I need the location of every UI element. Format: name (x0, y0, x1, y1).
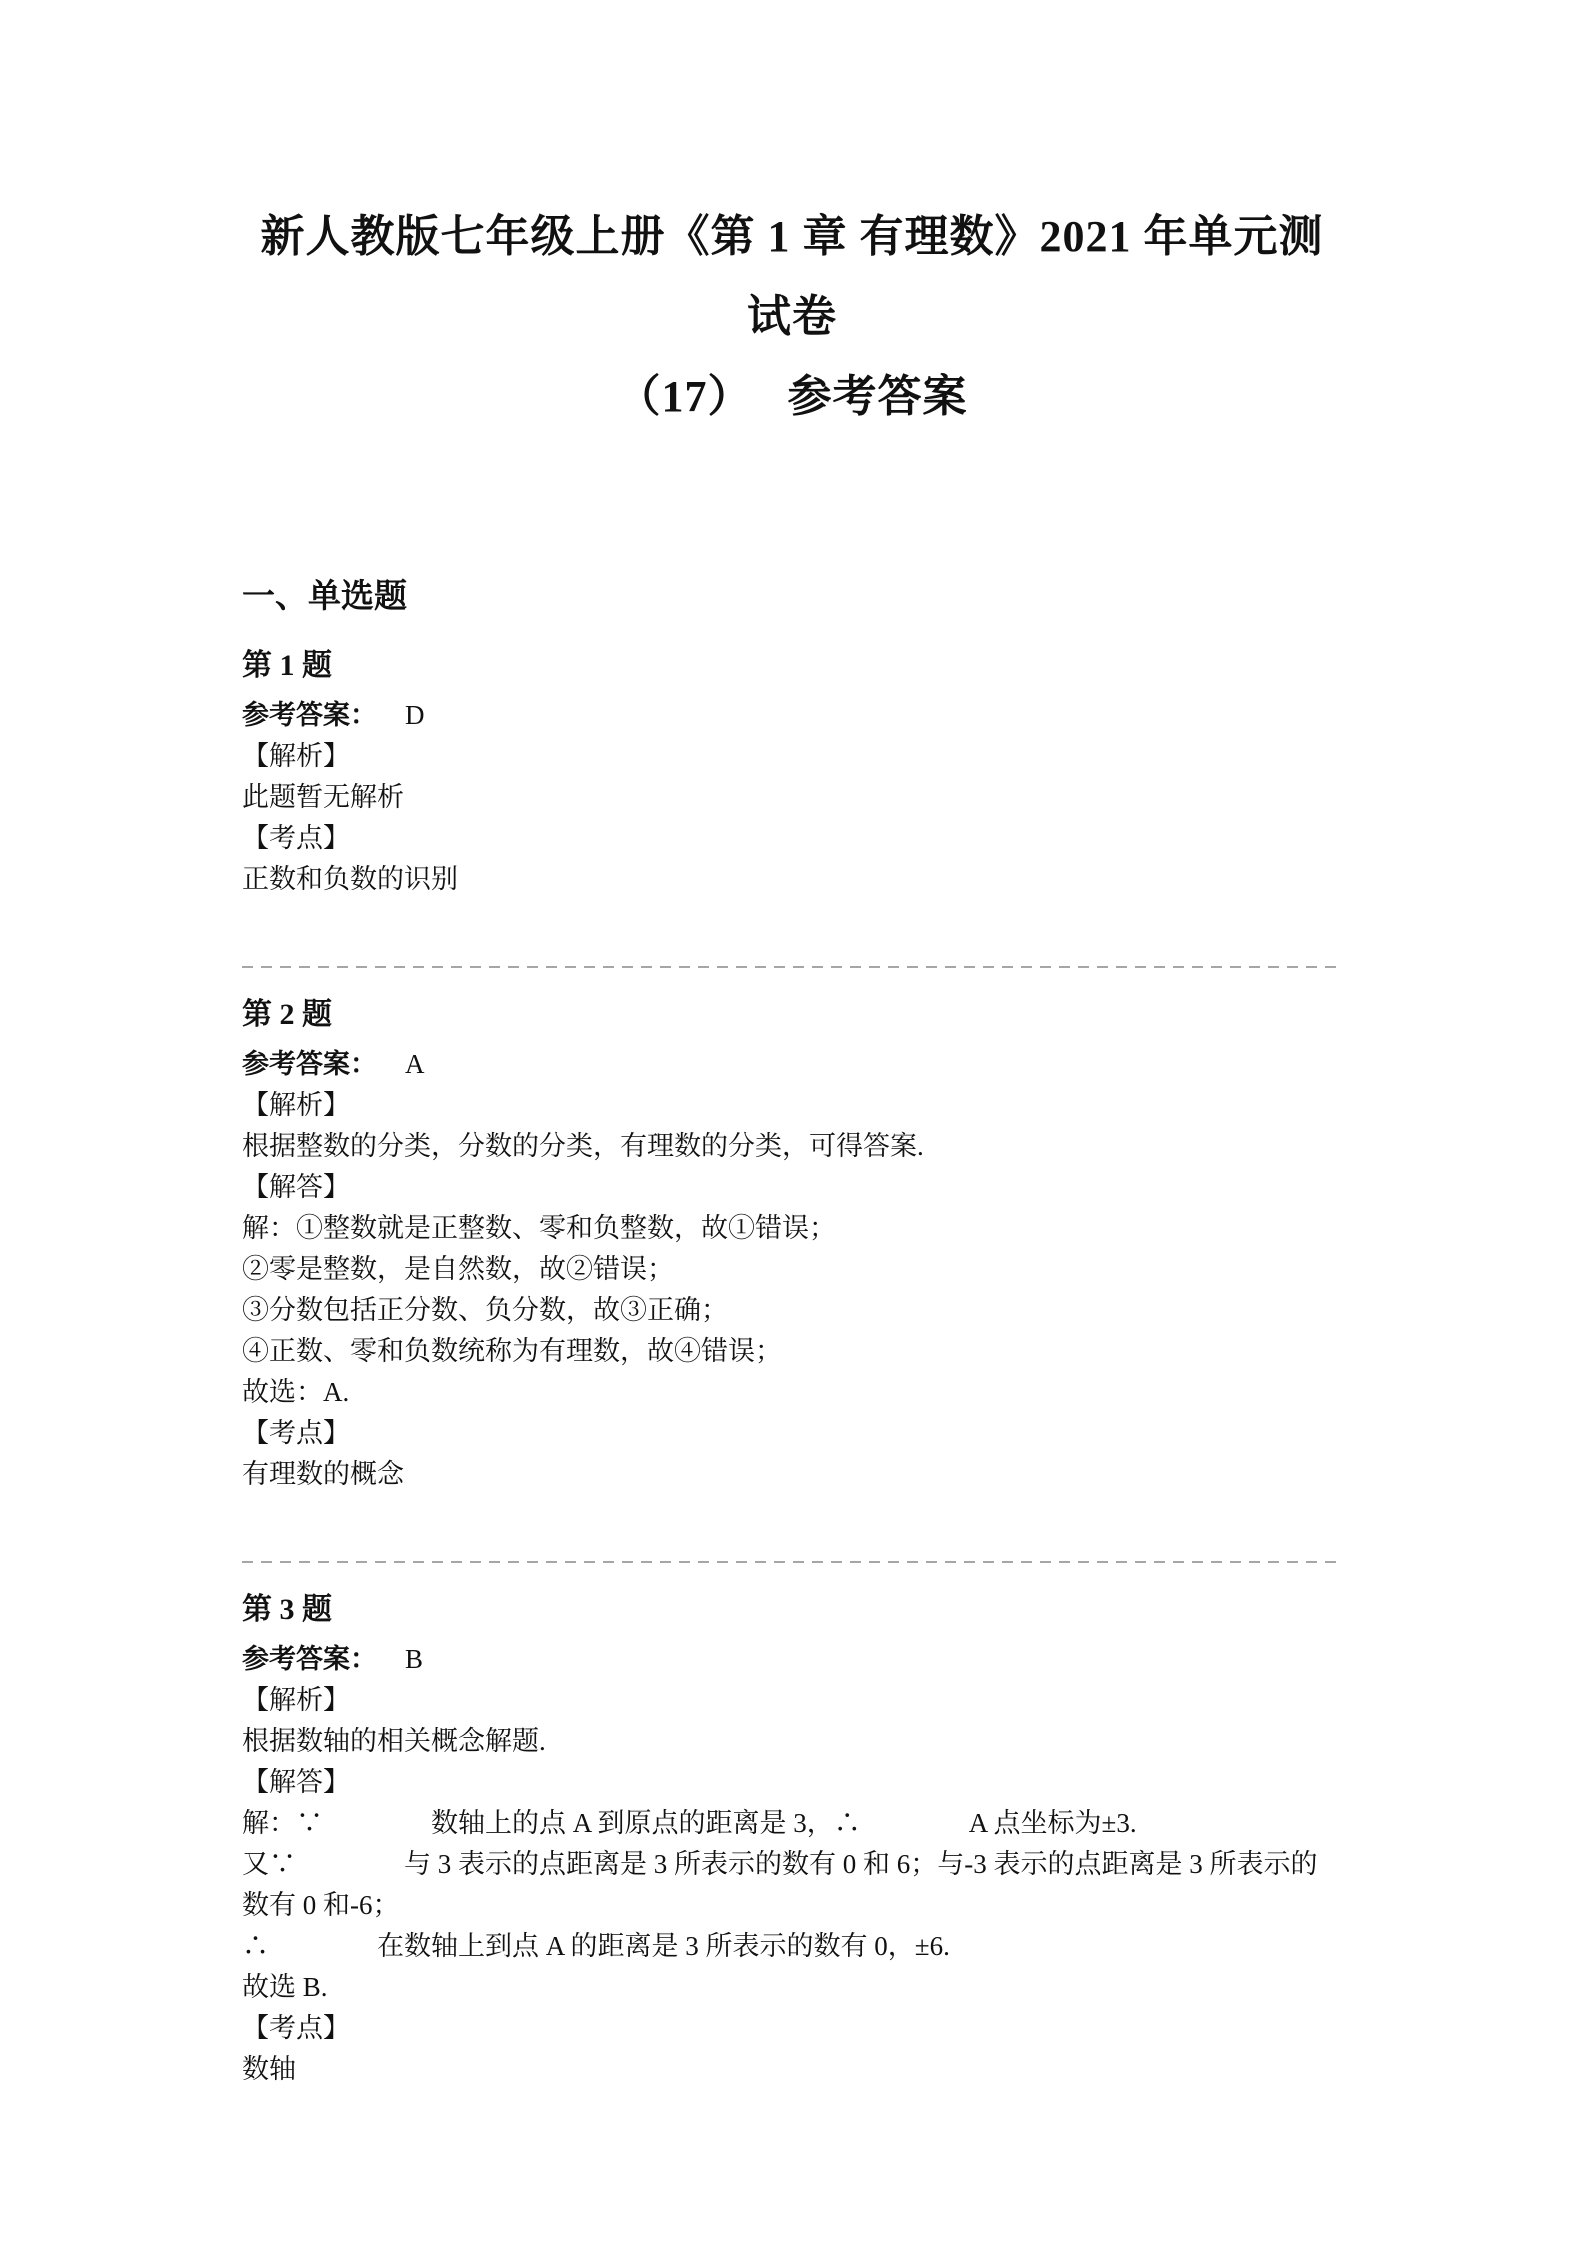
solution-line: ∴ 在数轴上到点 A 的距离是 3 所表示的数有 0，±6. (242, 1926, 1342, 1967)
answer-value: B (405, 1639, 423, 1680)
section-divider (242, 1561, 1342, 1563)
solution-line: ③分数包括正分数、负分数，故③正确； (242, 1290, 1342, 1331)
question-3-answer-line: 参考答案：B (242, 1639, 1342, 1680)
question-2-title: 第 2 题 (242, 994, 1342, 1036)
keypoint-text: 有理数的概念 (242, 1454, 1342, 1495)
title-line-1: 新人教版七年级上册《第 1 章 有理数》2021 年单元测试卷 (242, 197, 1342, 357)
solution-line: 解：①整数就是正整数、零和负整数，故①错误； (242, 1208, 1342, 1249)
answer-label: 参考答案： (242, 1644, 377, 1674)
analysis-label: 【解析】 (242, 736, 1342, 777)
solution-label: 【解答】 (242, 1762, 1342, 1803)
document-title: 新人教版七年级上册《第 1 章 有理数》2021 年单元测试卷 （17） 参考答… (242, 197, 1342, 437)
solution-line: 又∵ 与 3 表示的点距离是 3 所表示的数有 0 和 6；与-3 表示的点距离… (242, 1844, 1342, 1926)
solution-label: 【解答】 (242, 1167, 1342, 1208)
solution-line: 解：∵ 数轴上的点 A 到原点的距离是 3，∴ A 点坐标为±3. (242, 1803, 1342, 1844)
answer-value: A (405, 1044, 425, 1085)
solution-line: ②零是整数，是自然数，故②错误； (242, 1249, 1342, 1290)
answer-value: D (405, 695, 425, 736)
analysis-label: 【解析】 (242, 1085, 1342, 1126)
document-page: 新人教版七年级上册《第 1 章 有理数》2021 年单元测试卷 （17） 参考答… (0, 0, 1587, 2245)
question-3-title: 第 3 题 (242, 1589, 1342, 1631)
keypoint-label: 【考点】 (242, 2008, 1342, 2049)
keypoint-text: 正数和负数的识别 (242, 859, 1342, 900)
section-divider (242, 966, 1342, 968)
analysis-label: 【解析】 (242, 1680, 1342, 1721)
question-1-title: 第 1 题 (242, 645, 1342, 687)
solution-line: ④正数、零和负数统称为有理数，故④错误； (242, 1331, 1342, 1372)
answer-label: 参考答案： (242, 700, 377, 730)
question-1-block: 第 1 题 参考答案：D 【解析】 此题暂无解析 【考点】 正数和负数的识别 (242, 645, 1342, 900)
title-line-2: （17） 参考答案 (242, 357, 1342, 437)
analysis-text: 根据数轴的相关概念解题. (242, 1721, 1342, 1762)
solution-line: 故选 B. (242, 1967, 1342, 2008)
analysis-text: 根据整数的分类，分数的分类，有理数的分类，可得答案. (242, 1126, 1342, 1167)
question-2-block: 第 2 题 参考答案：A 【解析】 根据整数的分类，分数的分类，有理数的分类，可… (242, 994, 1342, 1495)
question-3-block: 第 3 题 参考答案：B 【解析】 根据数轴的相关概念解题. 【解答】 解：∵ … (242, 1589, 1342, 2090)
keypoint-text: 数轴 (242, 2049, 1342, 2090)
analysis-text: 此题暂无解析 (242, 777, 1342, 818)
solution-line: 故选：A. (242, 1372, 1342, 1413)
keypoint-label: 【考点】 (242, 1413, 1342, 1454)
section-heading: 一、单选题 (242, 575, 1342, 619)
keypoint-label: 【考点】 (242, 818, 1342, 859)
answer-label: 参考答案： (242, 1049, 377, 1079)
question-1-answer-line: 参考答案：D (242, 695, 1342, 736)
question-2-answer-line: 参考答案：A (242, 1044, 1342, 1085)
